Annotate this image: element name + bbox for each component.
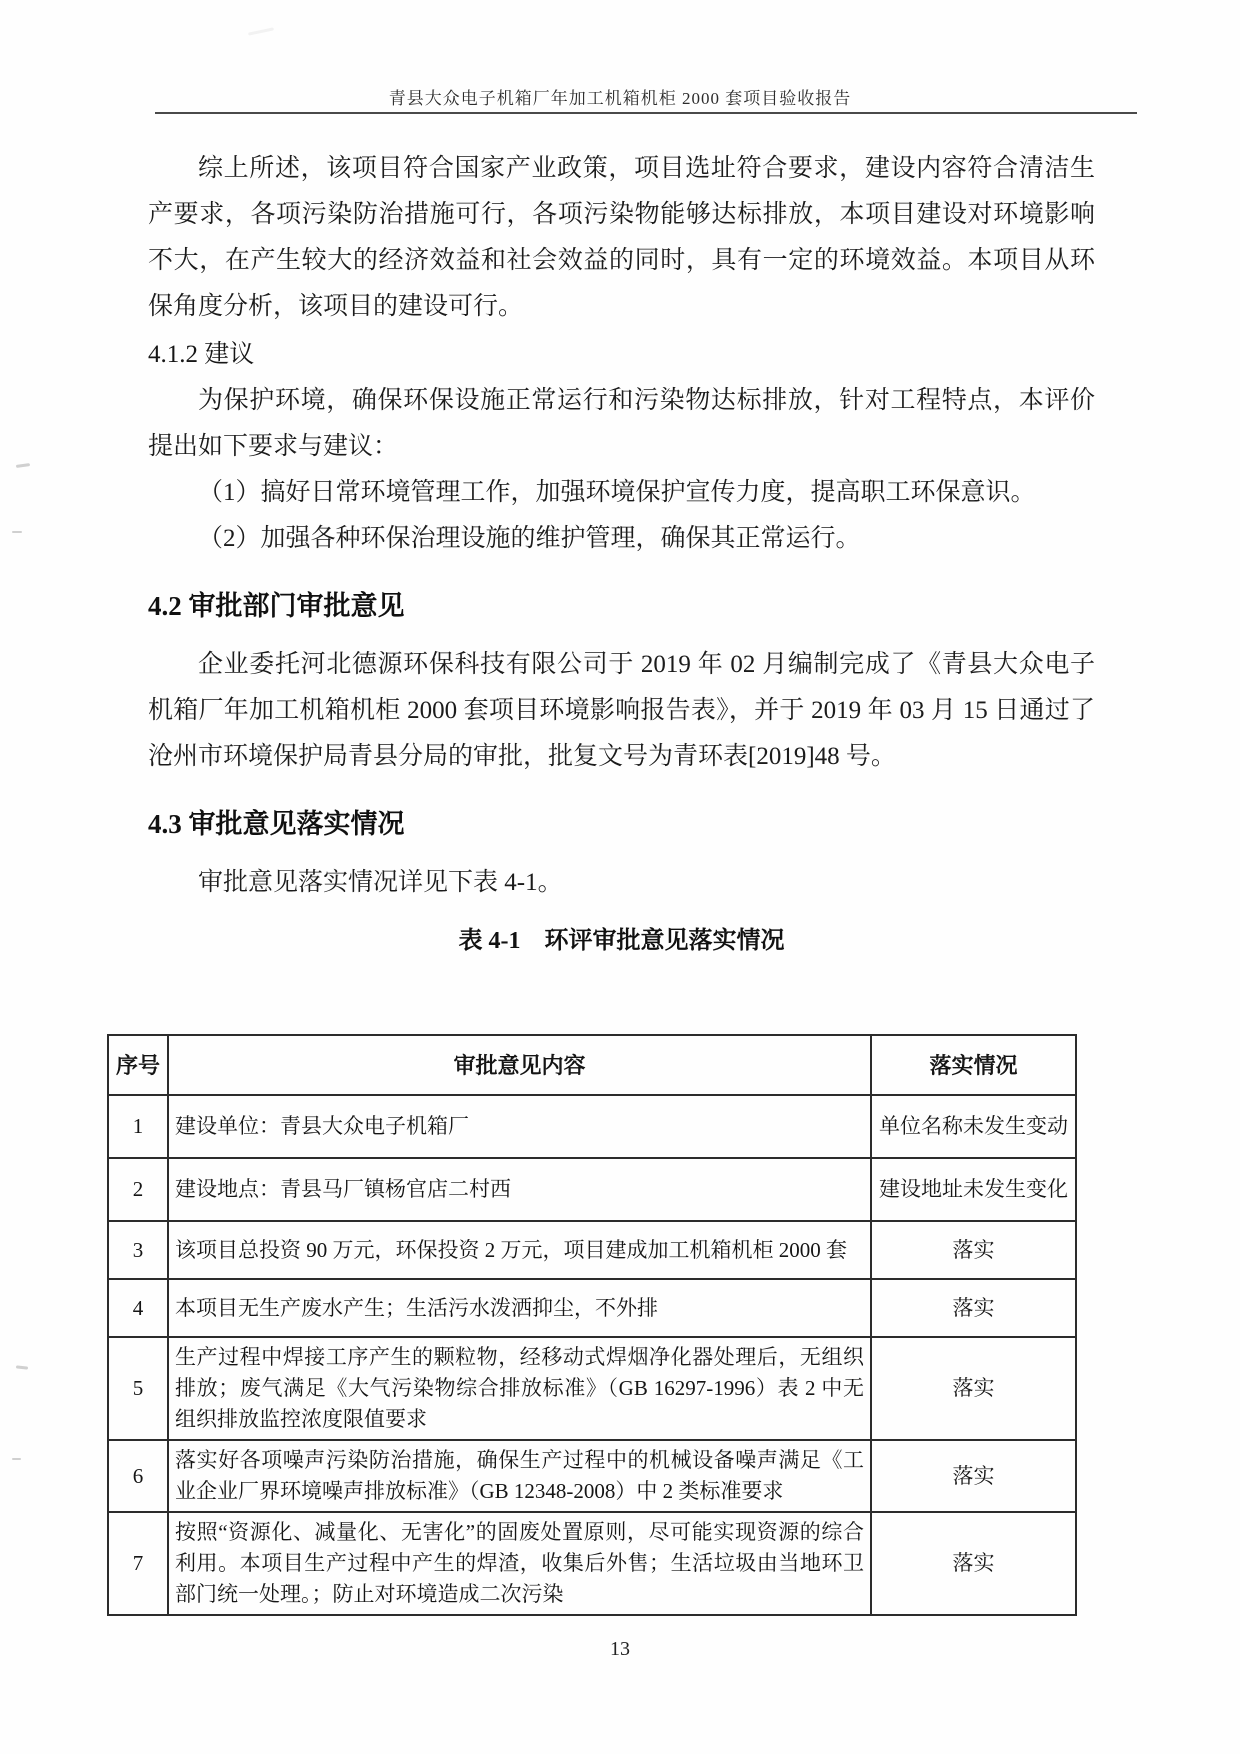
paragraph-4-3: 审批意见落实情况详见下表 4-1。: [148, 860, 1095, 906]
row-content: 该项目总投资 90 万元，环保投资 2 万元，项目建成加工机箱机柜 2000 套: [168, 1221, 871, 1279]
row-content: 本项目无生产废水产生；生活污水泼洒抑尘，不外排: [168, 1279, 871, 1337]
row-number: 5: [108, 1337, 168, 1440]
row-content: 建设地点：青县马厂镇杨官店二村西: [168, 1158, 871, 1221]
column-header-content: 审批意见内容: [168, 1035, 871, 1095]
table-row: 5 生产过程中焊接工序产生的颗粒物，经移动式焊烟净化器处理后，无组织排放；废气满…: [108, 1337, 1076, 1440]
paragraph-4-1-2-intro: 为保护环境，确保环保设施正常运行和污染物达标排放，针对工程特点，本评价提出如下要…: [148, 378, 1095, 470]
table-row: 7 按照“资源化、减量化、无害化”的固废处置原则，尽可能实现资源的综合利用。本项…: [108, 1512, 1076, 1615]
column-header-status: 落实情况: [871, 1035, 1076, 1095]
suggestion-item-2: （2）加强各种环保治理设施的维护管理，确保其正常运行。: [148, 516, 1095, 562]
header-divider: [155, 112, 1137, 114]
row-status: 落实: [871, 1512, 1076, 1615]
row-number: 6: [108, 1440, 168, 1512]
row-content: 落实好各项噪声污染防治措施，确保生产过程中的机械设备噪声满足《工业企业厂界环境噪…: [168, 1440, 871, 1512]
scan-artifact: [12, 1458, 21, 1460]
row-number: 4: [108, 1279, 168, 1337]
scan-artifact: [248, 27, 274, 35]
table-row: 6 落实好各项噪声污染防治措施，确保生产过程中的机械设备噪声满足《工业企业厂界环…: [108, 1440, 1076, 1512]
approval-implementation-table: 序号 审批意见内容 落实情况 1 建设单位：青县大众电子机箱厂 单位名称未发生变…: [107, 1034, 1077, 1616]
heading-4-3: 4.3 审批意见落实情况: [148, 804, 1095, 844]
table-row: 3 该项目总投资 90 万元，环保投资 2 万元，项目建成加工机箱机柜 2000…: [108, 1221, 1076, 1279]
row-number: 7: [108, 1512, 168, 1615]
row-status: 建设地址未发生变化: [871, 1158, 1076, 1221]
row-status: 落实: [871, 1337, 1076, 1440]
heading-4-2: 4.2 审批部门审批意见: [148, 586, 1095, 626]
row-content: 按照“资源化、减量化、无害化”的固废处置原则，尽可能实现资源的综合利用。本项目生…: [168, 1512, 871, 1615]
row-number: 1: [108, 1095, 168, 1158]
row-number: 2: [108, 1158, 168, 1221]
row-status: 单位名称未发生变动: [871, 1095, 1076, 1158]
table-4-1-caption: 表 4-1 环评审批意见落实情况: [148, 918, 1095, 964]
row-content: 生产过程中焊接工序产生的颗粒物，经移动式焊烟净化器处理后，无组织排放；废气满足《…: [168, 1337, 871, 1440]
document-page: 青县大众电子机箱厂年加工机箱机柜 2000 套项目验收报告 综上所述，该项目符合…: [0, 0, 1240, 1754]
scan-artifact: [12, 531, 22, 533]
running-header: 青县大众电子机箱厂年加工机箱机柜 2000 套项目验收报告: [0, 84, 1240, 109]
scan-artifact: [16, 1365, 28, 1369]
row-status: 落实: [871, 1279, 1076, 1337]
column-header-no: 序号: [108, 1035, 168, 1095]
row-status: 落实: [871, 1221, 1076, 1279]
scan-artifact: [16, 463, 30, 468]
table-row: 2 建设地点：青县马厂镇杨官店二村西 建设地址未发生变化: [108, 1158, 1076, 1221]
page-number: 13: [0, 1638, 1240, 1661]
paragraph-4-2: 企业委托河北德源环保科技有限公司于 2019 年 02 月编制完成了《青县大众电…: [148, 642, 1095, 780]
summary-paragraph: 综上所述，该项目符合国家产业政策，项目选址符合要求，建设内容符合清洁生产要求，各…: [148, 146, 1095, 330]
row-content: 建设单位：青县大众电子机箱厂: [168, 1095, 871, 1158]
table-row: 1 建设单位：青县大众电子机箱厂 单位名称未发生变动: [108, 1095, 1076, 1158]
row-number: 3: [108, 1221, 168, 1279]
suggestion-item-1: （1）搞好日常环境管理工作，加强环境保护宣传力度，提高职工环保意识。: [148, 470, 1095, 516]
page-body: 综上所述，该项目符合国家产业政策，项目选址符合要求，建设内容符合清洁生产要求，各…: [148, 146, 1095, 1616]
table-header-row: 序号 审批意见内容 落实情况: [108, 1035, 1076, 1095]
table-row: 4 本项目无生产废水产生；生活污水泼洒抑尘，不外排 落实: [108, 1279, 1076, 1337]
heading-4-1-2: 4.1.2 建议: [148, 332, 1095, 378]
row-status: 落实: [871, 1440, 1076, 1512]
